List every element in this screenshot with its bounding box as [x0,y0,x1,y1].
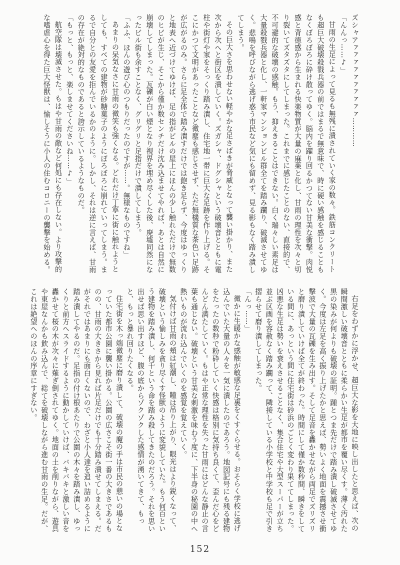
book-page: ズシャアァァァァァァァァァァ…………「んんっ……♪」甘雨の生足によって見るも無残… [0,0,400,565]
page-number: 152 [0,545,400,555]
paragraph: あまりの呆気なさに甘雨の微笑も強くなる。どれだけ丁寧に街に触れようとしても、すべ… [75,14,121,273]
paragraph: 航空隊は壊滅させた。もはや甘雨の敵など何処にも存在しない。より攻撃的な嗜虐心を得… [41,14,64,273]
paragraph: ズシャアァァァァァァァァァァ………… [349,14,360,273]
text-block-bottom: 右足をわずかに浮かせ、超巨大な影を大地に映し出したと思えば、次の瞬間激しい破壊音… [28,288,360,533]
paragraph: 微かに生暖かな感触が敏感な足裏をくすぐらせる。おそらく学校に逃げ込んでいた大量の… [178,288,242,533]
paragraph: 気付けば甘雨の頬は紅潮し、瞳は吊り上がり、眼光はより鋭くなって、破壊という愉しみ… [125,288,179,533]
paragraph: 「もっと、もっと、楽しませてくださいね……♪」 [63,14,74,273]
paragraph: 「んっ……」 [242,288,253,533]
paragraph: 住宅街を木っ端微塵に磨り潰して、破壊の魔の手は市民の憩いの場となっていた都市公園… [28,288,124,533]
text-block-top: ズシャアァァァァァァァァァァ…………「んんっ……♪」甘雨の生足によって見るも無残… [41,14,360,273]
paragraph: 「ふふ、ほんの遊び心のつもりだったのですが……。無様なものですね」 [120,14,131,273]
paragraph: その巨大さを思わせない軽やかな足さばきが脅威となって襲い掛かり、また次から次へと… [132,14,235,273]
paragraph: 甘雨の生足によって見るも無残に潰されていく家の数々。鉄筋コンクリートも超巨大破壊… [235,14,338,273]
paragraph: 右足をわずかに浮かせ、超巨大な影を大地に映し出したと思えば、次の瞬間激しい破壊音… [253,288,360,533]
paragraph: 「んんっ……♪」 [337,14,348,273]
